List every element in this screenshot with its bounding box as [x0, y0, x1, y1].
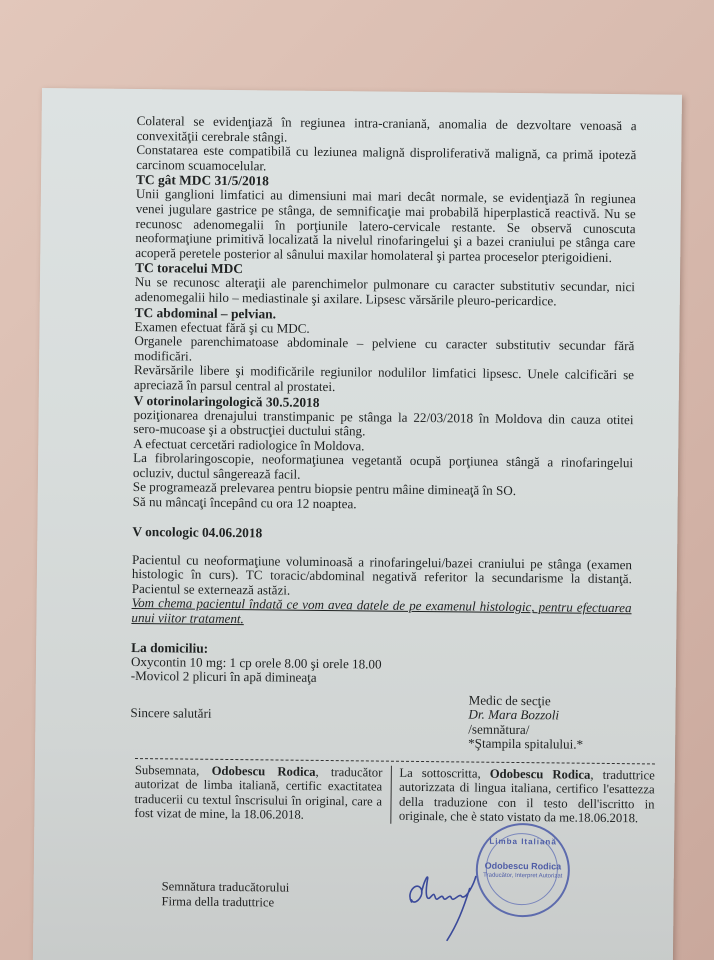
translator-name: Odobescu Rodica — [490, 767, 591, 782]
certification-italian: La sottoscritta, Odobescu Rodica, tradut… — [390, 765, 655, 826]
cert-text: Subsemnata, — [135, 763, 212, 778]
paragraph: Unii ganglioni limfatici au dimensiuni m… — [135, 187, 636, 265]
stamp-top-text: Limba Italiană — [478, 837, 568, 847]
paragraph: Pacientul cu neoformaţiune voluminoasă a… — [132, 553, 632, 602]
stamp-note: *Ştampila spitalului.* — [468, 737, 583, 753]
paragraph: Nu se recunosc alteraţii ale parenchimel… — [135, 275, 635, 309]
signature-label-it: Firma della traduttrice — [161, 894, 289, 910]
paragraph: Revărsările libere şi modificările regiu… — [134, 363, 634, 397]
translator-stamp: Limba Italiană Odobescu Rodica Traducăto… — [475, 823, 570, 918]
translator-name: Odobescu Rodica — [212, 764, 316, 779]
underlined-note: Vom chema pacientul îndată ce vom avea d… — [131, 596, 631, 630]
stamp-name: Odobescu Rodica — [478, 861, 568, 872]
doctor-block: Medic de secţie Dr. Mara Bozzoli /semnăt… — [468, 693, 584, 752]
certification-romanian: Subsemnata, Odobescu Rodica, traducător … — [134, 763, 390, 824]
document-body: Colateral se evidenţiază în regiunea int… — [129, 114, 636, 826]
cert-text: La sottoscritta, — [399, 766, 490, 781]
translator-certification: Subsemnata, Odobescu Rodica, traducător … — [134, 763, 655, 826]
signature-label-ro: Semnătura traducătorului — [162, 879, 290, 895]
signature-label: Semnătura traducătorului Firma della tra… — [161, 879, 289, 910]
document-page: Colateral se evidenţiază în regiunea int… — [33, 88, 682, 960]
greeting: Sincere salutări — [130, 706, 211, 721]
stamp-subtitle: Traducător, Interpret Autorizat — [478, 873, 568, 881]
signoff-block: Sincere salutări Medic de secţie Dr. Mar… — [130, 690, 631, 755]
